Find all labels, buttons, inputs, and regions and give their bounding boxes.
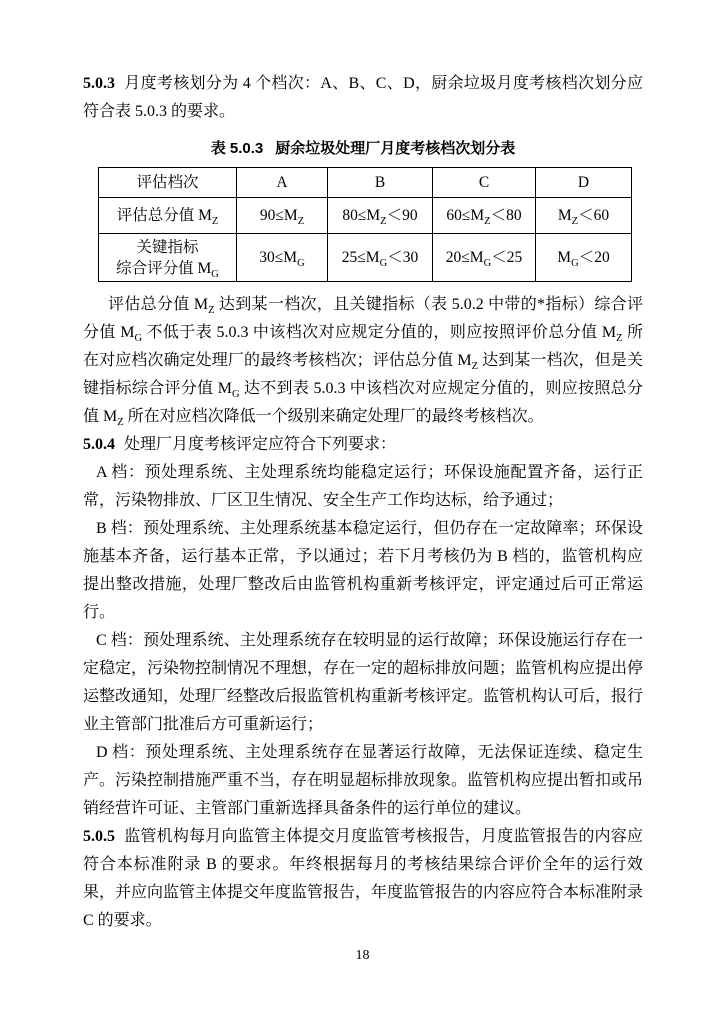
para-grade-a: A 档：预处理系统、主处理系统均能稳定运行；环保设施配置齐备，运行正常，污染物排… bbox=[83, 459, 643, 515]
section-number-5-0-5: 5.0.5 bbox=[83, 828, 115, 845]
para-5-0-5-text: 监管机构每月向监管主体提交月度监管考核报告，月度监管报告的内容应符合本标准附录 … bbox=[83, 828, 643, 929]
para-5-0-4: 5.0.4处理厂月度考核评定应符合下列要求： bbox=[83, 431, 643, 459]
para-5-0-4-text: 处理厂月度考核评定应符合下列要求： bbox=[124, 436, 396, 453]
cell-mz-c: 60≤MZ＜80 bbox=[433, 198, 536, 234]
row-label-mg: 关键指标综合评分值 MG bbox=[99, 234, 237, 282]
section-number-5-0-3: 5.0.3 bbox=[83, 75, 115, 92]
grade-division-table: 评估档次 A B C D 评估总分值 MZ 90≤MZ 80≤MZ＜90 60≤… bbox=[98, 167, 632, 282]
para-5-0-3: 5.0.3月度考核划分为 4 个档次：A、B、C、D，厨余垃圾月度考核档次划分应… bbox=[83, 70, 643, 126]
page-number: 18 bbox=[0, 948, 725, 964]
cell-mz-d: MZ＜60 bbox=[536, 198, 632, 234]
cell-mg-b: 25≤MG＜30 bbox=[328, 234, 433, 282]
table-row-mz: 评估总分值 MZ 90≤MZ 80≤MZ＜90 60≤MZ＜80 MZ＜60 bbox=[99, 198, 632, 234]
column-header-a: A bbox=[237, 168, 328, 198]
cell-mg-c: 20≤MG＜25 bbox=[433, 234, 536, 282]
para-5-0-3-text: 月度考核划分为 4 个档次：A、B、C、D，厨余垃圾月度考核档次划分应符合表 5… bbox=[83, 75, 643, 120]
table-caption: 表 5.0.3厨余垃圾处理厂月度考核档次划分表 bbox=[83, 139, 643, 159]
cell-mz-b: 80≤MZ＜90 bbox=[328, 198, 433, 234]
page-content: 5.0.3月度考核划分为 4 个档次：A、B、C、D，厨余垃圾月度考核档次划分应… bbox=[83, 70, 643, 935]
para-grade-b: B 档：预处理系统、主处理系统基本稳定运行，但仍存在一定故障率；环保设施基本齐备… bbox=[83, 515, 643, 627]
table-caption-label: 表 5.0.3 bbox=[211, 140, 264, 157]
para-5-0-5: 5.0.5监管机构每月向监管主体提交月度监管考核报告，月度监管报告的内容应符合本… bbox=[83, 823, 643, 935]
column-header-c: C bbox=[433, 168, 536, 198]
para-grade-c: C 档：预处理系统、主处理系统存在较明显的运行故障；环保设施运行存在一定稳定，污… bbox=[83, 627, 643, 739]
cell-mz-a: 90≤MZ bbox=[237, 198, 328, 234]
row-label-mz: 评估总分值 MZ bbox=[99, 198, 237, 234]
cell-mg-d: MG＜20 bbox=[536, 234, 632, 282]
column-header-grade: 评估档次 bbox=[99, 168, 237, 198]
para-grade-d: D 档：预处理系统、主处理系统存在显著运行故障，无法保证连续、稳定生产。污染控制… bbox=[83, 739, 643, 823]
column-header-b: B bbox=[328, 168, 433, 198]
table-header-row: 评估档次 A B C D bbox=[99, 168, 632, 198]
document-page: 5.0.3月度考核划分为 4 个档次：A、B、C、D，厨余垃圾月度考核档次划分应… bbox=[0, 0, 725, 1023]
column-header-d: D bbox=[536, 168, 632, 198]
table-caption-title: 厨余垃圾处理厂月度考核档次划分表 bbox=[275, 140, 515, 157]
table-row-mg: 关键指标综合评分值 MG 30≤MG 25≤MG＜30 20≤MG＜25 MG＜… bbox=[99, 234, 632, 282]
section-number-5-0-4: 5.0.4 bbox=[83, 436, 115, 453]
cell-mg-a: 30≤MG bbox=[237, 234, 328, 282]
para-assessment-rule: 评估总分值 MZ 达到某一档次，且关键指标（表 5.0.2 中带的*指标）综合评… bbox=[83, 291, 643, 431]
